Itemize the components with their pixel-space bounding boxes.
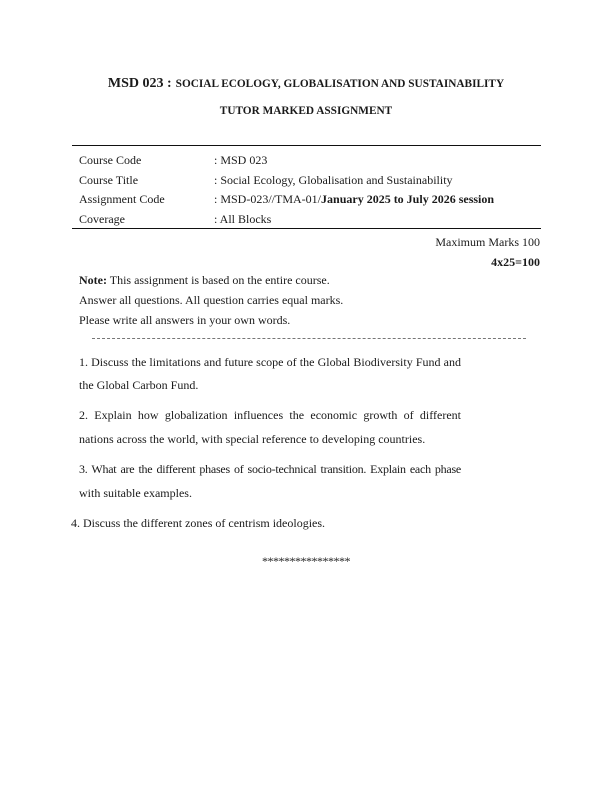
assignment-session-text: January 2025 to July 2026 session	[321, 192, 494, 206]
meta-value-coverage: : All Blocks	[214, 212, 271, 227]
question-2-line-1: 2. Explain how globalization influences …	[79, 408, 461, 423]
meta-value-course-title: : Social Ecology, Globalisation and Sust…	[214, 173, 453, 188]
meta-label-course-title: Course Title	[79, 173, 138, 188]
meta-label-course-code: Course Code	[79, 153, 141, 168]
note-text: This assignment is based on the entire c…	[107, 273, 330, 287]
end-stars: ****************	[0, 554, 612, 569]
meta-value-course-code: : MSD 023	[214, 153, 267, 168]
dashed-separator	[92, 338, 526, 339]
note-line-2: Answer all questions. All question carri…	[79, 293, 343, 308]
marks-breakdown: 4x25=100	[491, 255, 540, 270]
top-rule	[72, 145, 541, 146]
bottom-rule	[72, 228, 541, 229]
question-3-line-2: with suitable examples.	[79, 486, 192, 501]
document-subtitle: TUTOR MARKED ASSIGNMENT	[0, 105, 612, 117]
question-4-line-1: 4. Discuss the different zones of centri…	[71, 516, 325, 531]
course-code-heading: MSD 023 :	[108, 76, 172, 91]
document-title: MSD 023 : SOCIAL ECOLOGY, GLOBALISATION …	[0, 74, 612, 92]
course-name-heading: SOCIAL ECOLOGY, GLOBALISATION AND SUSTAI…	[176, 78, 504, 90]
meta-label-assignment-code: Assignment Code	[79, 192, 165, 207]
meta-label-coverage: Coverage	[79, 212, 125, 227]
note-line-3: Please write all answers in your own wor…	[79, 313, 290, 328]
maximum-marks: Maximum Marks 100	[435, 235, 540, 250]
assignment-code-text: : MSD-023//TMA-01/	[214, 192, 321, 206]
question-1-line-1: 1. Discuss the limitations and future sc…	[79, 355, 461, 370]
question-2-line-2: nations across the world, with special r…	[79, 432, 425, 447]
question-1-line-2: the Global Carbon Fund.	[79, 378, 198, 393]
note-label: Note:	[79, 273, 107, 287]
note-line-1: Note: This assignment is based on the en…	[79, 273, 330, 288]
question-3-line-1: 3. What are the different phases of soci…	[79, 462, 461, 477]
meta-value-assignment-code: : MSD-023//TMA-01/January 2025 to July 2…	[214, 192, 494, 207]
